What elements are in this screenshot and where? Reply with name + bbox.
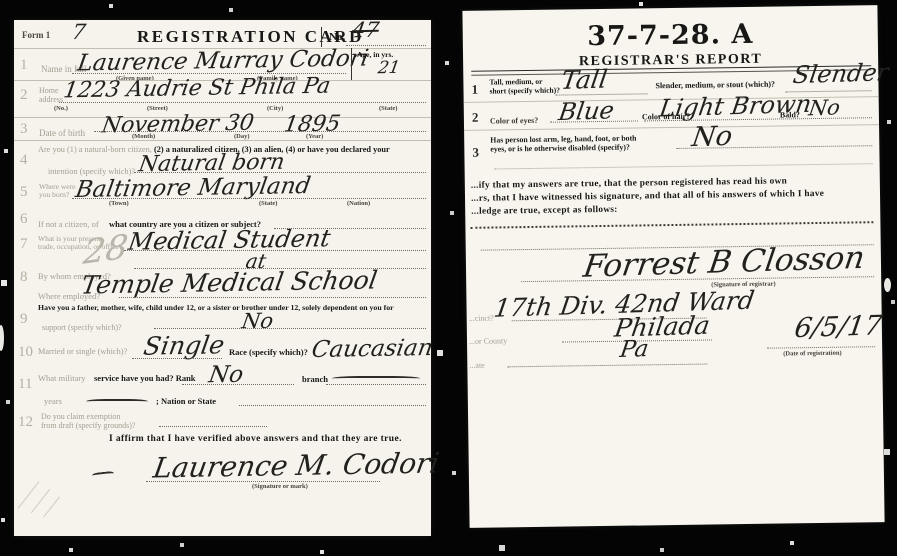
line bbox=[182, 384, 294, 385]
field-number: 1 bbox=[471, 83, 478, 96]
form-label: Form 1 bbox=[22, 30, 50, 40]
field-number: 2 bbox=[20, 88, 28, 103]
sub-caption: (Street) bbox=[147, 105, 168, 112]
county-label: ...or County bbox=[469, 336, 507, 346]
field-label: Have you a father, mother, wife, child u… bbox=[38, 304, 394, 313]
field-label: you born? bbox=[39, 191, 69, 200]
name-handwritten: Laurence Murray Codori bbox=[76, 47, 370, 75]
scan-artifact bbox=[884, 278, 891, 292]
field-number: 2 bbox=[472, 111, 479, 124]
header-divider bbox=[321, 27, 322, 47]
field-label: intention (specify which)? bbox=[48, 167, 135, 177]
field-label: years bbox=[44, 397, 62, 407]
line bbox=[159, 426, 267, 427]
field-number: 4 bbox=[20, 153, 28, 168]
field-label: Where employed? bbox=[38, 292, 100, 302]
field-label: eyes, or is he otherwise disabled (speci… bbox=[490, 144, 630, 155]
field-number: 5 bbox=[20, 185, 28, 200]
field-label: Race (specify which)? bbox=[229, 348, 308, 358]
field-number: 11 bbox=[18, 377, 32, 392]
employer-handwritten: Temple Medical School bbox=[80, 267, 379, 297]
line bbox=[124, 250, 426, 251]
field-number: 12 bbox=[18, 415, 33, 430]
line bbox=[326, 384, 426, 385]
field-label: What military bbox=[38, 374, 85, 384]
sub-caption: (No.) bbox=[54, 105, 68, 112]
scan-artifact bbox=[0, 325, 4, 351]
affirmation-text: I affirm that I have verified above answ… bbox=[109, 434, 402, 445]
field-label: Color of eyes? bbox=[490, 116, 538, 126]
address-handwritten: 1223 Audrie St Phila Pa bbox=[62, 76, 332, 103]
race-handwritten: Caucasian bbox=[310, 337, 434, 362]
sub-caption: (State) bbox=[379, 105, 397, 112]
field-number: 3 bbox=[20, 122, 28, 137]
field-label: support (specify which)? bbox=[42, 323, 122, 332]
field-label: short (specify which)? bbox=[489, 87, 560, 97]
registrars-report-card: 37-7-28. A REGISTRAR'S REPORT 1 Tall, me… bbox=[462, 5, 884, 528]
line bbox=[507, 364, 707, 368]
field-label: Are you (1) a natural-born citizen, bbox=[38, 145, 152, 155]
signature-caption: (Signature or mark) bbox=[252, 483, 308, 490]
field-number: 3 bbox=[472, 146, 479, 159]
bald-handwritten: No bbox=[807, 97, 841, 119]
sub-caption: (Town) bbox=[109, 200, 129, 207]
registration-date-handwritten: 6/5/17 bbox=[793, 312, 884, 342]
field-label: If not a citizen, of bbox=[38, 220, 99, 230]
field-label: ; Nation or State bbox=[156, 397, 216, 407]
line bbox=[94, 131, 426, 132]
date-caption: (Date of registration) bbox=[783, 350, 841, 358]
serial-no-label: No. bbox=[329, 31, 345, 44]
ink-mark bbox=[92, 471, 114, 478]
birth-date-handwritten: November 30 bbox=[100, 113, 255, 138]
precinct-label: ...cinct? bbox=[469, 314, 494, 324]
height-handwritten: Tall bbox=[560, 66, 609, 92]
sub-caption: (State) bbox=[259, 200, 277, 207]
film-noise bbox=[0, 0, 2, 2]
age-box-divider bbox=[351, 48, 352, 80]
ink-dash bbox=[332, 376, 420, 381]
registration-card: Form 1 7 REGISTRATION CARD No. 47 1 Name… bbox=[14, 20, 431, 536]
line bbox=[767, 346, 875, 349]
build-handwritten: Slender bbox=[791, 60, 890, 87]
sub-caption: (City) bbox=[267, 105, 283, 112]
registrant-signature: Laurence M. Codori bbox=[151, 450, 441, 483]
field-number: 1 bbox=[20, 58, 28, 73]
field-label: branch bbox=[302, 375, 328, 385]
line bbox=[119, 297, 426, 298]
field-label: Do you claim exemption bbox=[41, 412, 120, 421]
field-label: from draft (specify grounds)? bbox=[41, 421, 135, 430]
field-number: 8 bbox=[20, 270, 28, 285]
form-number-handwritten: 7 bbox=[70, 22, 87, 43]
line bbox=[239, 405, 426, 406]
line bbox=[495, 163, 873, 169]
stamp-code: 37-7-28. A bbox=[587, 19, 754, 52]
field-label: Home bbox=[39, 86, 59, 95]
line bbox=[146, 481, 380, 482]
marital-status-handwritten: Single bbox=[142, 332, 226, 358]
pencil-annotation: 28 bbox=[82, 230, 130, 270]
field-number: 9 bbox=[20, 312, 28, 327]
line bbox=[470, 221, 873, 229]
line bbox=[556, 93, 648, 95]
ink-dash bbox=[86, 399, 148, 404]
sub-caption: (Nation) bbox=[347, 200, 370, 207]
line bbox=[132, 358, 222, 359]
line bbox=[72, 198, 426, 199]
field-number: 10 bbox=[18, 345, 33, 360]
field-label: Date of birth bbox=[39, 128, 85, 138]
line bbox=[14, 140, 431, 141]
dependents-handwritten: No bbox=[240, 311, 274, 333]
line bbox=[154, 328, 426, 329]
certification-line: ...rs, that I have witnessed his signatu… bbox=[471, 189, 824, 205]
certification-line: ...ledge are true, except as follows: bbox=[471, 205, 618, 218]
field-label: Married or single (which)? bbox=[38, 347, 127, 357]
field-number: 7 bbox=[20, 237, 28, 252]
age-handwritten: 21 bbox=[377, 60, 401, 77]
state-handwritten: Pa bbox=[618, 338, 650, 362]
pencil-scuff bbox=[43, 496, 60, 517]
sub-caption: (Day) bbox=[234, 133, 250, 140]
line bbox=[59, 102, 426, 103]
state-label: ...ate bbox=[469, 361, 484, 370]
field-label: Slender, medium, or stout (which)? bbox=[655, 80, 775, 91]
field-number: 6 bbox=[20, 212, 28, 227]
sub-caption: (Month) bbox=[132, 133, 155, 140]
sub-caption: (Year) bbox=[306, 133, 323, 140]
scanned-document: Form 1 7 REGISTRATION CARD No. 47 1 Name… bbox=[0, 0, 897, 556]
field-label: service have you had? Rank bbox=[94, 374, 196, 384]
serial-no-handwritten: 47 bbox=[350, 20, 380, 41]
